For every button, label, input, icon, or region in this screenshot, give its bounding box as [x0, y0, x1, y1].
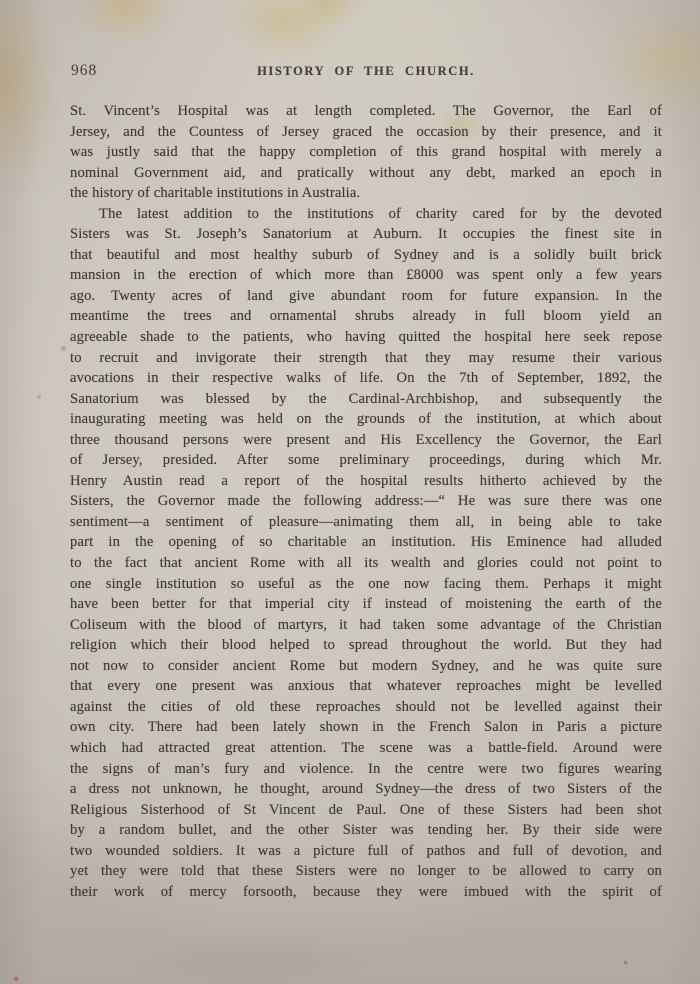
text-line: sentiment—a sentiment of pleasure—animat…	[70, 512, 662, 533]
text-line: to the fact that ancient Rome with all i…	[70, 553, 662, 574]
text-line: two wounded soldiers. It was a picture f…	[70, 841, 662, 862]
text-line: meantime the trees and ornamental shrubs…	[70, 306, 662, 327]
text-line: was justly said that the happy completio…	[70, 142, 662, 163]
text-line: Religious Sisterhood of St Vincent de Pa…	[70, 800, 662, 821]
text-line: that every one present was anxious that …	[70, 676, 662, 697]
foxing-stain	[295, 0, 365, 30]
text-line: of Jersey, presided. After some prelimin…	[70, 450, 662, 471]
text-line: mansion in the erection of which more th…	[70, 265, 662, 286]
body-text: St. Vincent’s Hospital was at length com…	[70, 101, 662, 902]
text-line: Sanatorium was blessed by the Cardinal-A…	[70, 389, 662, 410]
red-fleck	[13, 976, 19, 982]
text-line: inaugurating meeting was held on the gro…	[70, 409, 662, 430]
ink-fleck	[623, 960, 628, 965]
text-line: avocations in their respective walks of …	[70, 368, 662, 389]
text-line: by a random bullet, and the other Sister…	[70, 820, 662, 841]
text-line: the signs of man’s fury and violence. In…	[70, 759, 662, 780]
text-line: agreeable shade to the patients, who hav…	[70, 327, 662, 348]
text-line: ago. Twenty acres of land give abundant …	[70, 286, 662, 307]
text-line: the history of charitable institutions i…	[70, 183, 662, 204]
text-line: which had attracted great attention. The…	[70, 738, 662, 759]
text-line: St. Vincent’s Hospital was at length com…	[70, 101, 662, 122]
page-edge-discoloration	[0, 0, 64, 200]
text-line: not now to consider ancient Rome but mod…	[70, 656, 662, 677]
running-head: HISTORY OF THE CHURCH.	[70, 64, 662, 79]
text-line: Jersey, and the Countess of Jersey grace…	[70, 122, 662, 143]
page-header: 968 HISTORY OF THE CHURCH.	[70, 62, 662, 84]
text-line: nominal Government aid, and pratically w…	[70, 163, 662, 184]
text-line: that beautiful and most healthy suburb o…	[70, 245, 662, 266]
ink-fleck	[36, 394, 42, 400]
text-line: to recruit and invigorate their strength…	[70, 348, 662, 369]
text-line: own city. There had been lately shown in…	[70, 717, 662, 738]
text-line: yet they were told that these Sisters we…	[70, 861, 662, 882]
text-line: Sisters was St. Joseph’s Sanatorium at A…	[70, 224, 662, 245]
text-line: part in the opening of so charitable an …	[70, 532, 662, 553]
text-line: Henry Austin read a report of the hospit…	[70, 471, 662, 492]
book-page-scan: 968 HISTORY OF THE CHURCH. St. Vincent’s…	[0, 0, 700, 984]
text-line: their work of mercy forsooth, because th…	[70, 882, 662, 903]
text-line: Sisters, the Governor made the following…	[70, 491, 662, 512]
foxing-stain	[225, 0, 345, 60]
text-line: a dress not unknown, he thought, around …	[70, 779, 662, 800]
text-line: religion which their blood helped to spr…	[70, 635, 662, 656]
foxing-stain	[600, 6, 700, 116]
text-line: Coliseum with the blood of martyrs, it h…	[70, 615, 662, 636]
text-line: The latest addition to the institutions …	[70, 204, 662, 225]
foxing-stain	[70, 0, 180, 46]
text-line: one single institution so useful as the …	[70, 574, 662, 595]
text-line: three thousand persons were present and …	[70, 430, 662, 451]
ink-fleck	[60, 345, 67, 352]
paper-shading	[120, 930, 380, 984]
text-line: against the cities of old these reproach…	[70, 697, 662, 718]
text-line: have been better for that imperial city …	[70, 594, 662, 615]
